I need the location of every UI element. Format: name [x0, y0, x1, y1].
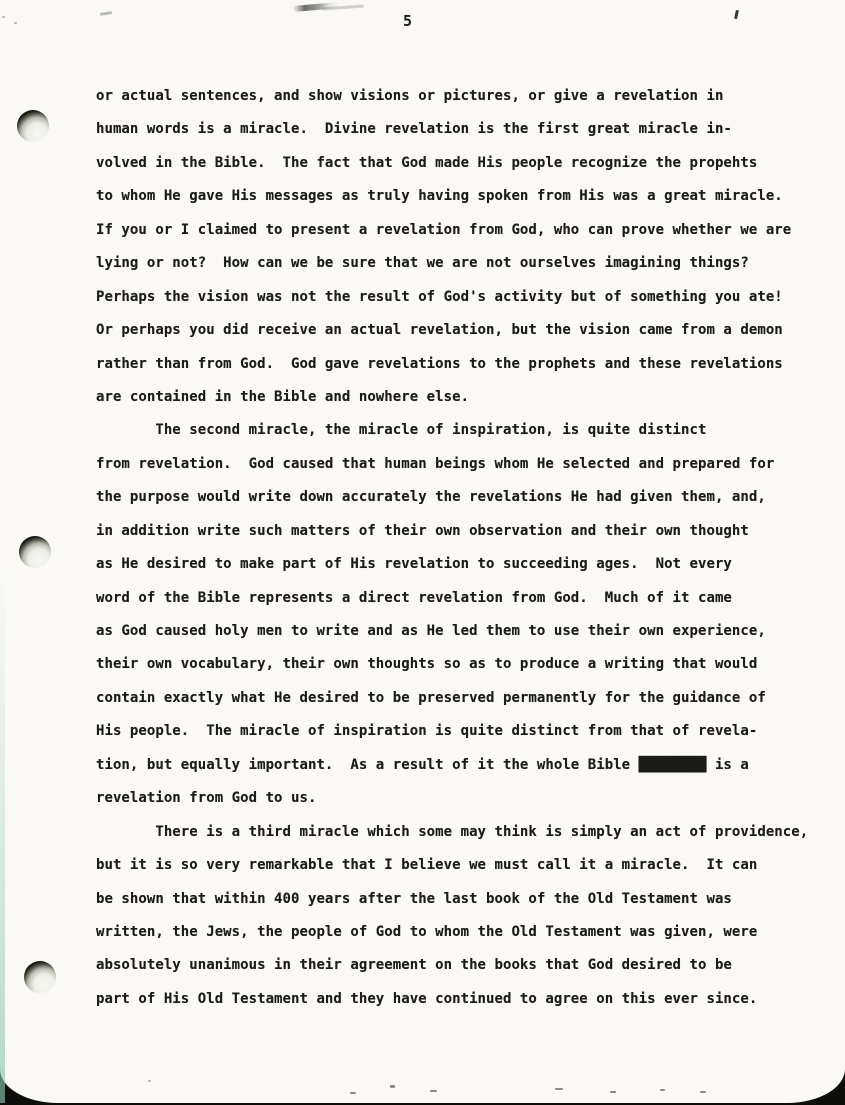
text-line: human words is a miracle. Divine revelat…: [96, 113, 836, 146]
scan-speck: [390, 1085, 395, 1088]
text-line: written, the Jews, the people of God to …: [96, 916, 836, 949]
scan-speck: [555, 1088, 563, 1090]
text-line: rather than from God. God gave revelatio…: [96, 348, 836, 381]
text-line: as God caused holy men to write and as H…: [96, 615, 836, 648]
text-line: Or perhaps you did receive an actual rev…: [96, 314, 836, 347]
hole-punch-bottom: [24, 961, 56, 993]
text-line-with-strikeout: tion, but equally important. As a result…: [96, 749, 836, 782]
text-line: from revelation. God caused that human b…: [96, 448, 836, 481]
scan-speck: [14, 22, 17, 24]
text-line: the purpose would write down accurately …: [96, 481, 836, 514]
paragraph-2: The second miracle, the miracle of inspi…: [96, 414, 836, 815]
document-text: or actual sentences, and show visions or…: [96, 80, 836, 1016]
scan-speck: [350, 1092, 356, 1094]
page-number: 5: [403, 12, 412, 30]
text-line: word of the Bible represents a direct re…: [96, 582, 836, 615]
text-line: There is a third miracle which some may …: [96, 816, 836, 849]
text-line: volved in the Bible. The fact that God m…: [96, 147, 836, 180]
scan-mark-top-right: [734, 10, 739, 19]
text-line: The second miracle, the miracle of inspi…: [96, 414, 836, 447]
scan-edge-tint: [0, 560, 5, 1103]
scanned-page: 5 or actual sentences, and show visions …: [0, 0, 845, 1103]
scan-speck: [2, 16, 5, 18]
scan-speck: [430, 1090, 437, 1092]
scan-speck: [100, 11, 112, 16]
scan-speck: [660, 1089, 665, 1091]
text-line: lying or not? How can we be sure that we…: [96, 247, 836, 280]
text-line: to whom He gave His messages as truly ha…: [96, 180, 836, 213]
text-line: are contained in the Bible and nowhere e…: [96, 381, 836, 414]
text-line: their own vocabulary, their own thoughts…: [96, 648, 836, 681]
text-line: or actual sentences, and show visions or…: [96, 80, 836, 113]
text-line: absolutely unanimous in their agreement …: [96, 949, 836, 982]
paragraph-3: There is a third miracle which some may …: [96, 816, 836, 1017]
paragraph-1: or actual sentences, and show visions or…: [96, 80, 836, 414]
hole-punch-top: [17, 110, 49, 142]
scan-speck: [610, 1091, 616, 1093]
text-line: If you or I claimed to present a revelat…: [96, 214, 836, 247]
text-line: as He desired to make part of His revela…: [96, 548, 836, 581]
text-line: be shown that within 400 years after the…: [96, 883, 836, 916]
text-line: but it is so very remarkable that I beli…: [96, 849, 836, 882]
text-line: in addition write such matters of their …: [96, 515, 836, 548]
hole-punch-middle: [19, 536, 51, 568]
scan-speck: [148, 1080, 151, 1082]
scan-speck: [700, 1091, 706, 1093]
text-line: part of His Old Testament and they have …: [96, 983, 836, 1016]
text-line: revelation from God to us.: [96, 782, 836, 815]
text-line: His people. The miracle of inspiration i…: [96, 715, 836, 748]
text-line: Perhaps the vision was not the result of…: [96, 281, 836, 314]
text-line: contain exactly what He desired to be pr…: [96, 682, 836, 715]
